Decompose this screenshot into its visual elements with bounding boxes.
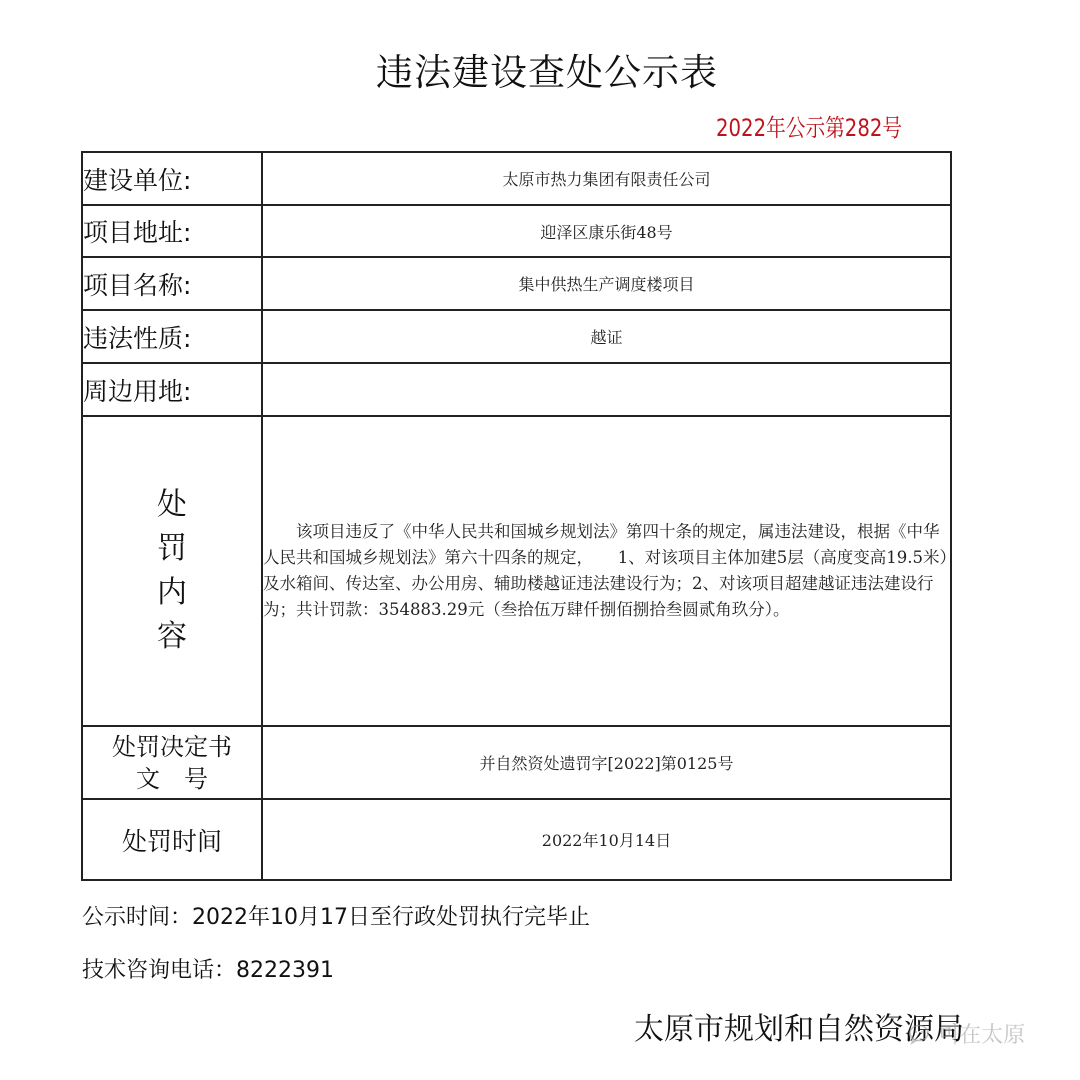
row-label-project-address: 项目地址: bbox=[82, 205, 262, 257]
row-value-surrounding-land bbox=[262, 363, 951, 416]
row-value-project-address: 迎泽区康乐街48号 bbox=[262, 205, 951, 257]
watermark: 미在太原 bbox=[908, 1018, 1025, 1049]
wechat-icon bbox=[908, 1023, 934, 1045]
watermark-text: 미在太原 bbox=[938, 1018, 1025, 1049]
table-row: 周边用地: bbox=[82, 363, 951, 416]
row-label-construction-unit: 建设单位: bbox=[82, 152, 262, 205]
table-row: 违法性质: 越证 bbox=[82, 310, 951, 363]
penalty-content-label-char: 处 bbox=[83, 483, 261, 527]
table-row: 项目地址: 迎泽区康乐街48号 bbox=[82, 205, 951, 257]
row-label-project-name: 项目名称: bbox=[82, 257, 262, 310]
penalty-content-label-char: 罚 bbox=[83, 527, 261, 571]
row-value-penalty-content: 该项目违反了《中华人民共和国城乡规划法》第四十条的规定，属违法建设，根据《中华人… bbox=[262, 416, 951, 726]
table-row: 处 罚 内 容 该项目违反了《中华人民共和国城乡规划法》第四十条的规定，属违法建… bbox=[82, 416, 951, 726]
row-label-penalty-time: 处罚时间 bbox=[82, 799, 262, 880]
decision-doc-label-line2: 文 号 bbox=[83, 763, 261, 795]
row-value-violation-type: 越证 bbox=[262, 310, 951, 363]
row-label-surrounding-land: 周边用地: bbox=[82, 363, 262, 416]
row-value-penalty-time: 2022年10月14日 bbox=[262, 799, 951, 880]
hotline: 技术咨询电话：8222391 bbox=[82, 953, 334, 984]
row-value-construction-unit: 太原市热力集团有限责任公司 bbox=[262, 152, 951, 205]
table-row: 处罚决定书 文 号 并自然资处遗罚字[2022]第0125号 bbox=[82, 726, 951, 799]
decision-doc-label-line1: 处罚决定书 bbox=[83, 731, 261, 763]
row-value-project-name: 集中供热生产调度楼项目 bbox=[262, 257, 951, 310]
penalty-content-label-char: 内 bbox=[83, 571, 261, 615]
notice-number: 2022年公示第282号 bbox=[716, 108, 902, 143]
row-value-decision-doc: 并自然资处遗罚字[2022]第0125号 bbox=[262, 726, 951, 799]
row-label-penalty-content: 处 罚 内 容 bbox=[82, 416, 262, 726]
notice-period: 公示时间：2022年10月17日至行政处罚执行完毕止 bbox=[82, 900, 590, 931]
row-label-decision-doc: 处罚决定书 文 号 bbox=[82, 726, 262, 799]
table-row: 处罚时间 2022年10月14日 bbox=[82, 799, 951, 880]
page-title: 违法建设查处公示表 bbox=[0, 42, 1080, 96]
penalty-content-text: 该项目违反了《中华人民共和国城乡规划法》第四十条的规定，属违法建设，根据《中华人… bbox=[263, 519, 950, 623]
penalty-table: 建设单位: 太原市热力集团有限责任公司 项目地址: 迎泽区康乐街48号 项目名称… bbox=[81, 151, 952, 881]
penalty-content-label-char: 容 bbox=[83, 615, 261, 659]
row-label-violation-type: 违法性质: bbox=[82, 310, 262, 363]
table-row: 项目名称: 集中供热生产调度楼项目 bbox=[82, 257, 951, 310]
table-row: 建设单位: 太原市热力集团有限责任公司 bbox=[82, 152, 951, 205]
